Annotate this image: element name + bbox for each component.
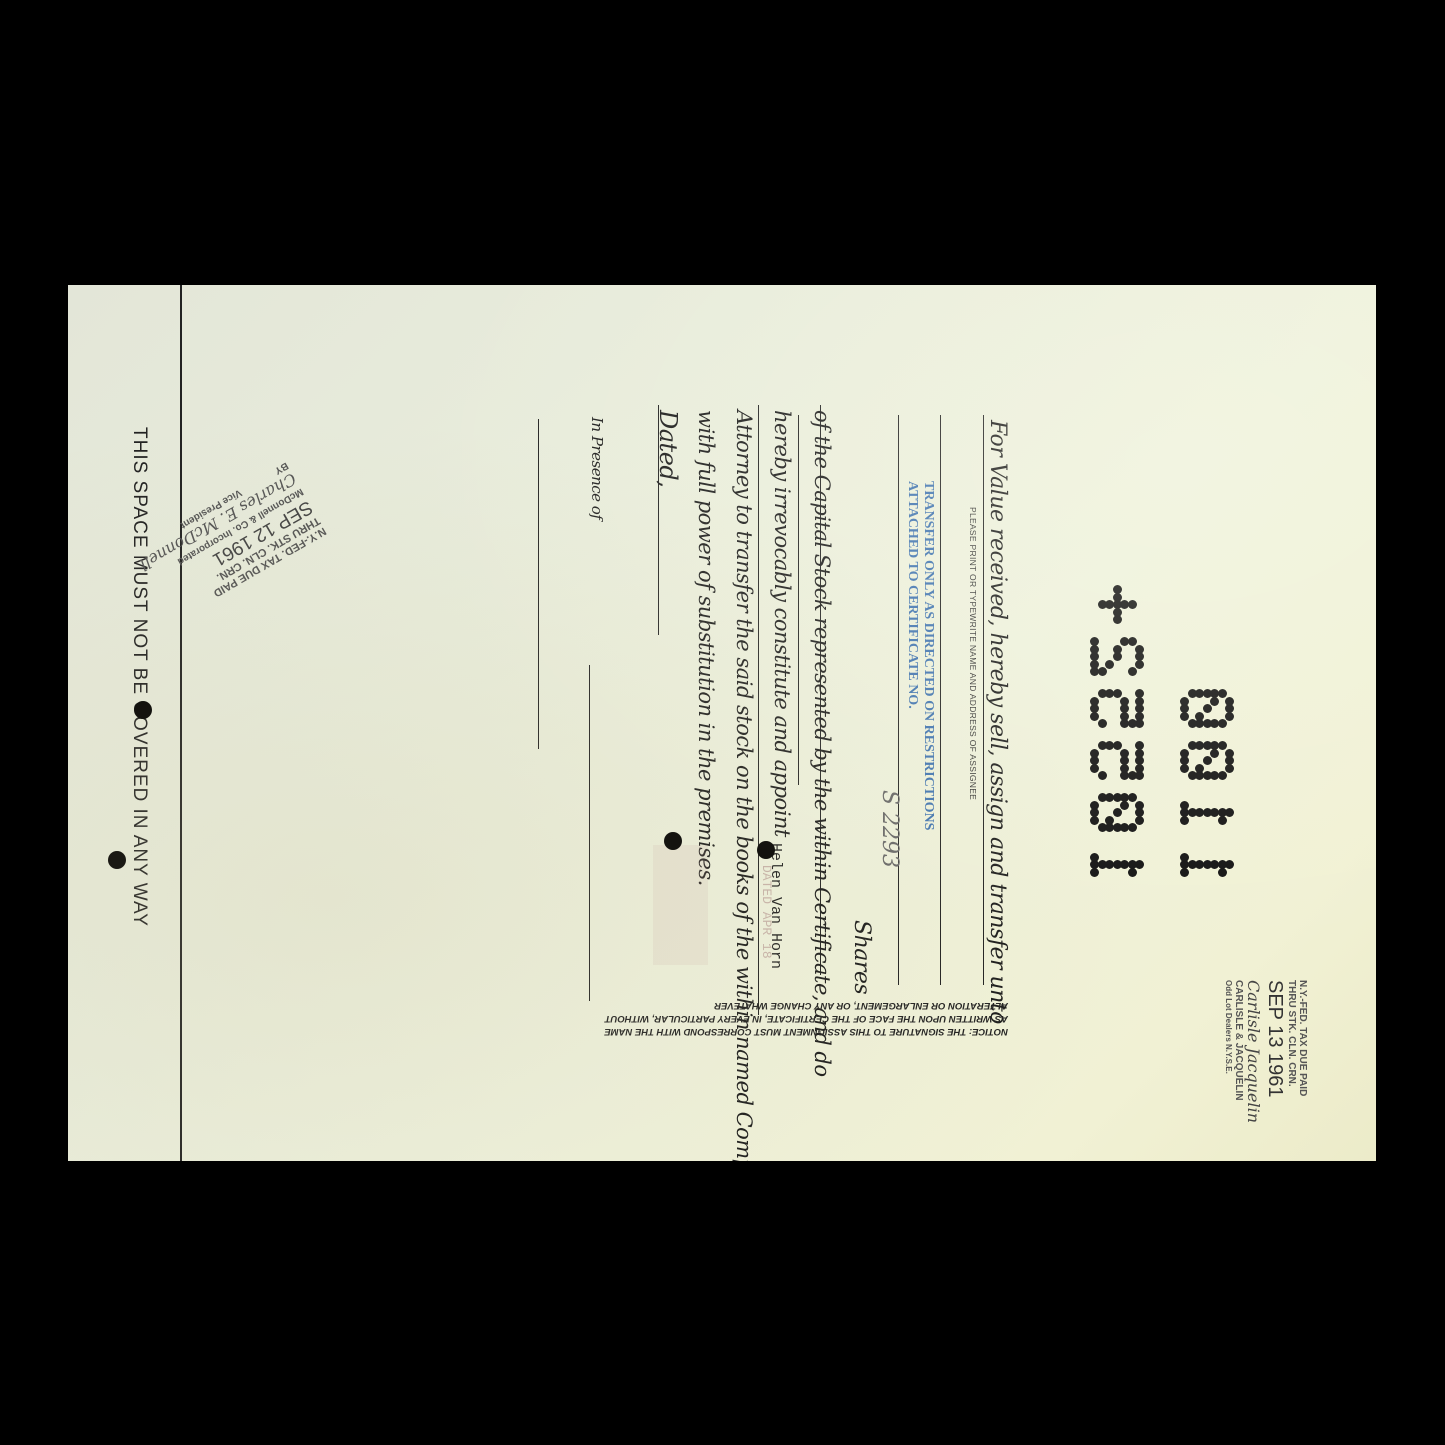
perforation-dot bbox=[1098, 771, 1107, 780]
perforation-dot bbox=[1195, 764, 1204, 773]
perforation-dot bbox=[1105, 660, 1114, 669]
perforation-dot bbox=[1225, 749, 1234, 758]
notice-line3: ALTERATION OR ENLARGEMENT, OR ANY CHANGE… bbox=[714, 1000, 1008, 1011]
perforation-dot bbox=[1113, 645, 1122, 654]
form-rule bbox=[538, 419, 539, 749]
perforation-dot bbox=[1113, 585, 1122, 594]
form-rule bbox=[940, 415, 941, 985]
perforation-dot bbox=[1090, 749, 1099, 758]
notice-line1: NOTICE: THE SIGNATURE TO THIS ASSIGNMENT… bbox=[604, 1026, 1008, 1037]
punch-hole bbox=[134, 701, 152, 719]
shares-word: Shares bbox=[849, 920, 874, 994]
margin-rule bbox=[180, 285, 182, 1161]
perforation-dot bbox=[1105, 816, 1114, 825]
perforation-dot bbox=[1090, 853, 1099, 862]
assignment-line6: with full power of substitution in the p… bbox=[694, 410, 718, 886]
tax-stamp-right-date: SEP 13 1961 bbox=[1263, 980, 1286, 1123]
perforation-dot bbox=[1135, 741, 1144, 750]
tax-stamp-left: N.Y.-FED. TAX DUE PAID THRU STK. CLN. CR… bbox=[131, 460, 328, 624]
perforation-dot bbox=[1188, 719, 1197, 728]
perforation-dot bbox=[1090, 801, 1099, 810]
tax-stamp-right-signature: Carlisle Jacquelin bbox=[1244, 980, 1263, 1123]
perforation-dot bbox=[1180, 853, 1189, 862]
perforation-dot bbox=[1188, 741, 1197, 750]
certificate-paper: THIS SPACE MUST NOT BE COVERED IN ANY WA… bbox=[68, 285, 1376, 1161]
assignment-line5: Attorney to transfer the said stock on t… bbox=[732, 410, 756, 1161]
perforation-dot bbox=[1203, 756, 1212, 765]
dated-label: Dated, bbox=[654, 410, 682, 487]
perforation-dot bbox=[1203, 704, 1212, 713]
perforation-dot bbox=[1188, 771, 1197, 780]
perforation-dot bbox=[1098, 719, 1107, 728]
certificate-number: S 2293 bbox=[877, 790, 902, 868]
perforation-dot bbox=[1098, 689, 1107, 698]
margin-notice: THIS SPACE MUST NOT BE COVERED IN ANY WA… bbox=[128, 427, 150, 927]
perforation-dot bbox=[1090, 637, 1099, 646]
perforation-dot bbox=[1098, 600, 1107, 609]
perforation-dot bbox=[1135, 801, 1144, 810]
punch-hole bbox=[108, 851, 126, 869]
notice-line2: AS WRITTEN UPON THE FACE OF THE CERTIFIC… bbox=[605, 1013, 1008, 1024]
form-rule bbox=[798, 415, 799, 785]
perforated-cancellation bbox=[1080, 575, 1260, 915]
tax-stamp-right-firm: CARLISLE & JACQUELIN bbox=[1233, 980, 1244, 1123]
perforation-dot bbox=[1180, 697, 1189, 706]
perforation-dot bbox=[1098, 741, 1107, 750]
perforation-dot bbox=[1225, 697, 1234, 706]
restriction-stamp-line2: ATTACHED TO CERTIFICATE NO. bbox=[904, 481, 920, 709]
perforation-dot bbox=[1180, 801, 1189, 810]
perforation-dot bbox=[1120, 749, 1129, 758]
perforation-dot bbox=[1195, 712, 1204, 721]
presence-label: In Presence of bbox=[588, 417, 606, 519]
faded-stamp-area bbox=[653, 845, 708, 965]
perforation-dot bbox=[1135, 689, 1144, 698]
assignee-label: PLEASE PRINT OR TYPEWRITE NAME AND ADDRE… bbox=[968, 507, 978, 800]
perforation-dot bbox=[1098, 823, 1107, 832]
assignment-line4: hereby irrevocably constitute and appoin… bbox=[770, 410, 794, 837]
date-stamp: DATED APR 18 bbox=[759, 865, 774, 959]
tax-stamp-right-line2: THRU STK. CLN. CRN. bbox=[1286, 980, 1297, 1123]
punch-hole bbox=[664, 832, 682, 850]
punch-hole bbox=[757, 841, 775, 859]
tax-stamp-right-firm-sub: Odd Lot Dealers N.Y.S.E. bbox=[1224, 980, 1233, 1123]
form-rule bbox=[983, 415, 984, 985]
perforation-dot bbox=[1113, 808, 1122, 817]
perforation-dot bbox=[1098, 793, 1107, 802]
perforation-dot bbox=[1120, 697, 1129, 706]
perforation-dot bbox=[1135, 645, 1144, 654]
perforation-dot bbox=[1120, 637, 1129, 646]
assignment-line3: of the Capital Stock represented by the … bbox=[810, 410, 834, 1077]
perforation-dot bbox=[1180, 749, 1189, 758]
restriction-stamp-line1: TRANSFER ONLY AS DIRECTED ON RESTRICTION… bbox=[920, 481, 936, 830]
perforation-dot bbox=[1128, 667, 1137, 676]
tax-stamp-right-line1: N.Y.-FED. TAX DUE PAID bbox=[1297, 980, 1308, 1123]
perforation-dot bbox=[1090, 697, 1099, 706]
assignment-line1: For Value received, hereby sell, assign … bbox=[985, 420, 1010, 1024]
perforation-dot bbox=[1188, 689, 1197, 698]
tax-stamp-right: N.Y.-FED. TAX DUE PAID THRU STK. CLN. CR… bbox=[1224, 980, 1308, 1123]
form-rule bbox=[589, 665, 590, 1001]
form-rule bbox=[898, 415, 899, 985]
